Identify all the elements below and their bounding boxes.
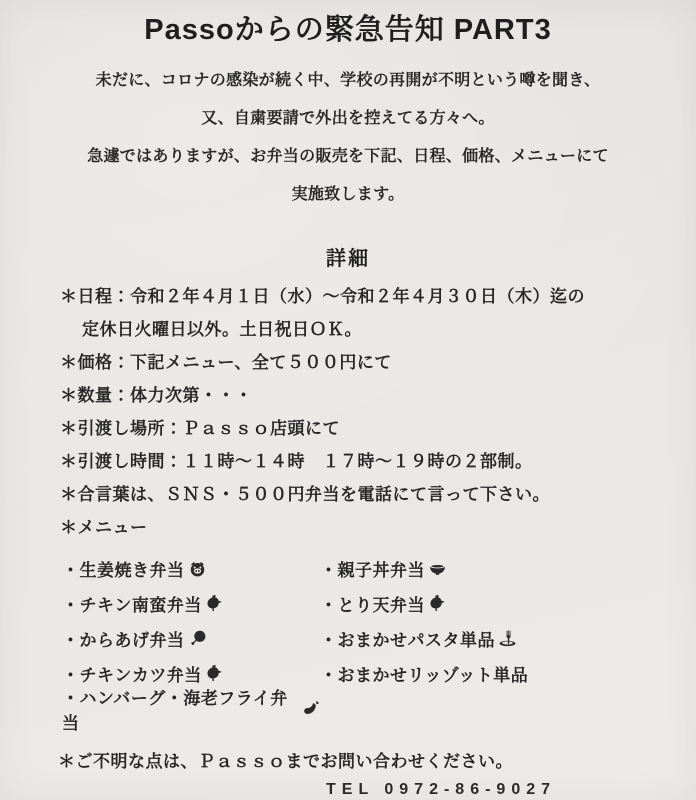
menu-item-label: ・チキン南蛮弁当 xyxy=(62,591,202,616)
footer: ＊ご不明な点は、Ｐａｓｓｏまでお問い合わせください。 TEL 0972-86-9… xyxy=(58,750,696,800)
menu-item-toriten: ・とり天弁当 xyxy=(320,586,696,621)
detail-line-price: ＊価格：下記メニュー、全て５００円にて xyxy=(60,351,696,384)
menu-item-oyakodon: ・親子丼弁当 xyxy=(320,551,696,586)
rooster-icon xyxy=(205,594,224,613)
menu-item-risotto: ・おまかせリッゾット単品 xyxy=(320,656,696,691)
details-list: ＊日程：令和２年４月１日（水）～令和２年４月３０日（木）迄の 定休日火曜日以外。… xyxy=(60,285,696,549)
detail-line-menu-header: ＊メニュー xyxy=(60,516,696,549)
detail-line-schedule-cont: 定休日火曜日以外。土日祝日ＯＫ。 xyxy=(60,318,696,351)
pig-face-icon xyxy=(188,559,207,578)
intro-paragraph: 未だに、コロナの感染が続く中、学校の再開が不明という噂を聞き、 又、自粛要請で外… xyxy=(0,70,696,222)
drumstick-icon xyxy=(188,629,207,648)
footer-phone-number: TEL 0972-86-9027 xyxy=(326,779,696,800)
page-title: Passoからの緊急告知 PART3 xyxy=(0,0,696,48)
menu-item-label: ・おまかせリッゾット単品 xyxy=(320,661,528,686)
menu-item-label: ・生姜焼き弁当 xyxy=(62,556,185,581)
flyer-page: Passoからの緊急告知 PART3 未だに、コロナの感染が続く中、学校の再開が… xyxy=(0,0,696,800)
menu-item-chicken-nanban: ・チキン南蛮弁当 xyxy=(62,586,320,621)
menu-item-ginger-pork: ・生姜焼き弁当 xyxy=(62,551,320,586)
intro-line: 実施致します。 xyxy=(0,184,696,222)
menu-item-label: ・おまかせパスタ単品 xyxy=(320,626,495,651)
fried-shrimp-icon xyxy=(301,699,320,718)
detail-line-pickup-time: ＊引渡し時間：１１時～１４時 １７時～１９時の２部制。 xyxy=(60,450,696,483)
menu-item-label: ・親子丼弁当 xyxy=(320,556,425,581)
detail-line-schedule: ＊日程：令和２年４月１日（水）～令和２年４月３０日（木）迄の xyxy=(60,285,696,318)
rooster-icon xyxy=(428,594,447,613)
rice-bowl-icon xyxy=(428,559,447,578)
detail-line-password: ＊合言葉は、ＳＮＳ・５００円弁当を電話にて言って下さい。 xyxy=(60,483,696,516)
menu-item-pasta: ・おまかせパスタ単品 xyxy=(320,621,696,656)
menu-item-label: ・チキンカツ弁当 xyxy=(62,661,202,686)
detail-line-pickup-place: ＊引渡し場所：Ｐａｓｓｏ店頭にて xyxy=(60,417,696,450)
intro-line: 急遽ではありますが、お弁当の販売を下記、日程、価格、メニューにて xyxy=(0,146,696,184)
menu-column-right: ・親子丼弁当 ・とり天弁当 xyxy=(320,551,696,726)
menu-item-karaage: ・からあげ弁当 xyxy=(62,621,320,656)
menu-column-left: ・生姜焼き弁当 ・チキン南蛮弁当 xyxy=(62,551,320,726)
detail-line-quantity: ＊数量：体力次第・・・ xyxy=(60,384,696,417)
menu-item-hamburg-ebifry: ・ハンバーグ・海老フライ弁当 xyxy=(62,691,320,726)
menu-columns: ・生姜焼き弁当 ・チキン南蛮弁当 xyxy=(62,551,696,726)
intro-line: 未だに、コロナの感染が続く中、学校の再開が不明という噂を聞き、 xyxy=(0,70,696,108)
details-heading: 詳細 xyxy=(0,242,696,269)
spaghetti-icon xyxy=(498,629,517,648)
intro-line: 又、自粛要請で外出を控えてる方々へ。 xyxy=(0,108,696,146)
rooster-icon xyxy=(205,664,224,683)
footer-contact-note: ＊ご不明な点は、Ｐａｓｓｏまでお問い合わせください。 xyxy=(58,750,696,773)
menu-item-label: ・とり天弁当 xyxy=(320,591,425,616)
menu-item-label: ・ハンバーグ・海老フライ弁当 xyxy=(62,684,298,734)
menu-item-label: ・からあげ弁当 xyxy=(62,626,185,651)
